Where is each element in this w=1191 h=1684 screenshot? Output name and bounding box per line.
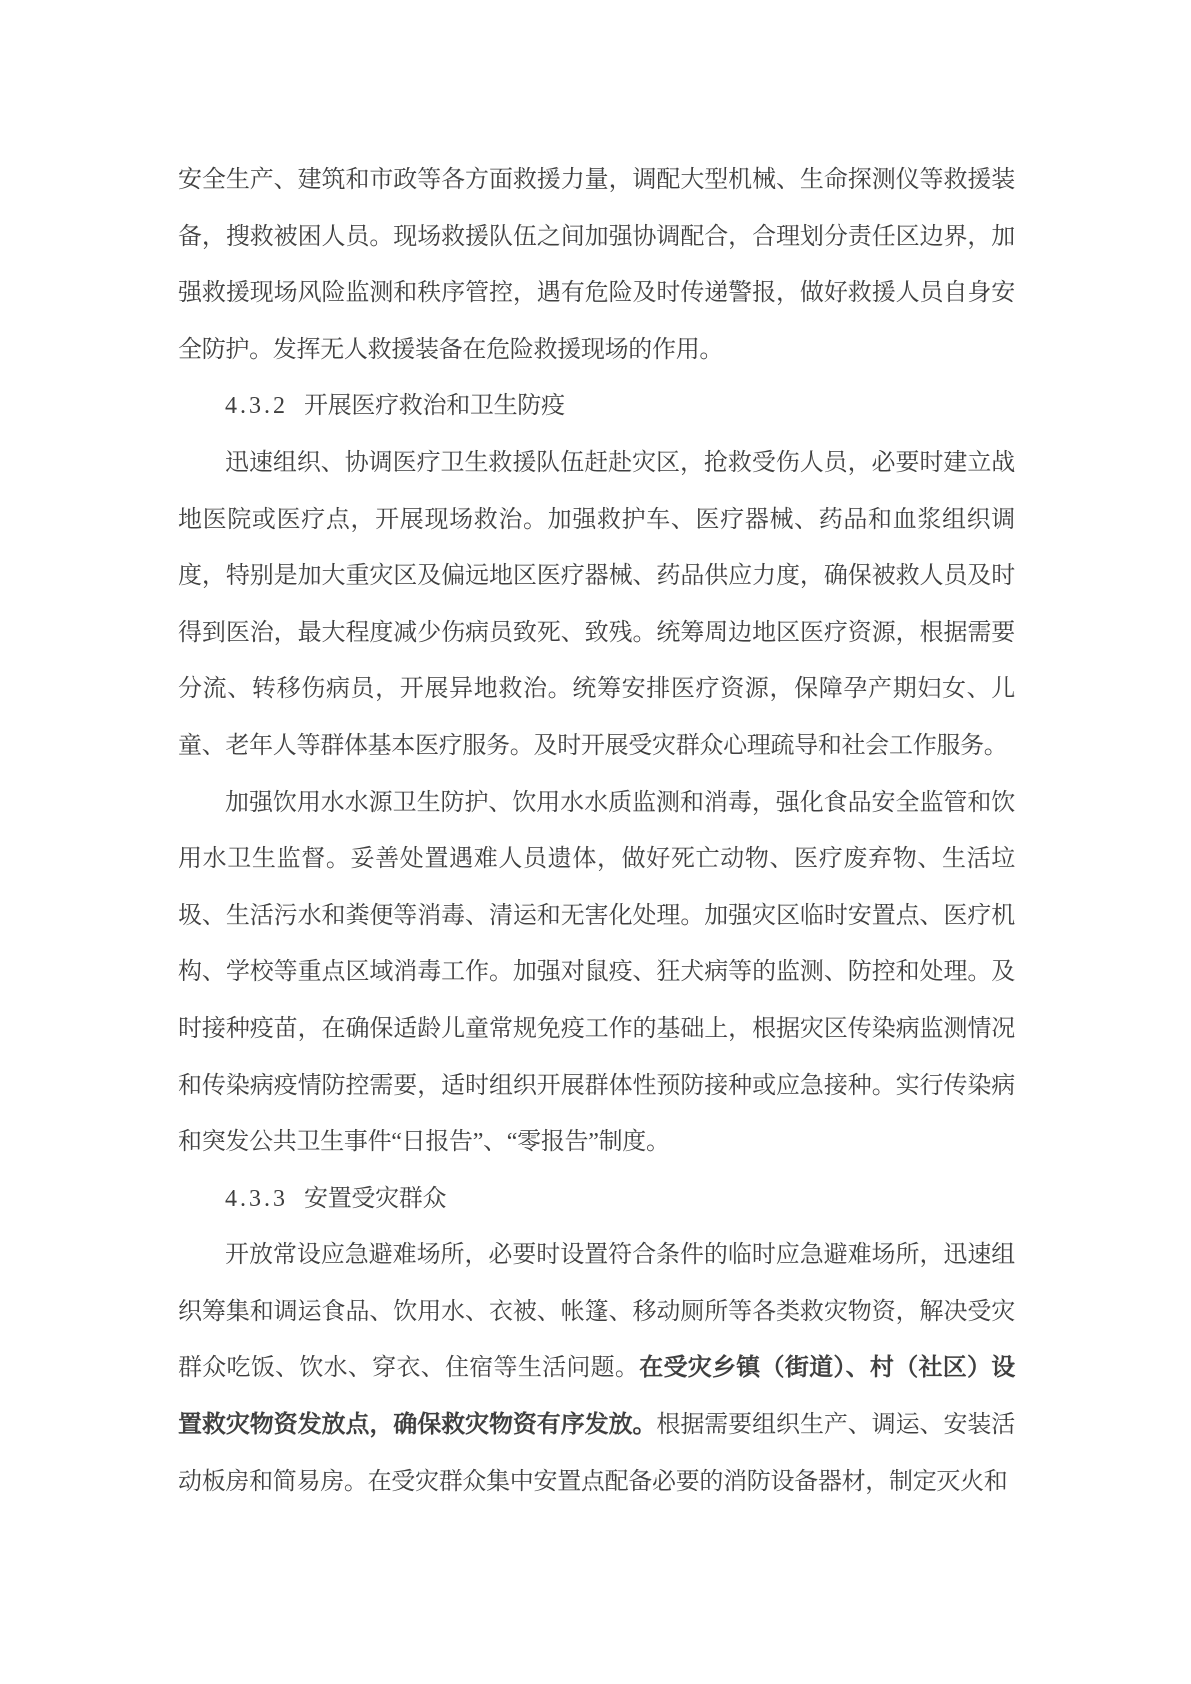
section-title-4-3-3: 安置受灾群众 — [304, 1186, 446, 1212]
section-title-4-3-2: 开展医疗救治和卫生防疫 — [304, 393, 565, 419]
continuation-paragraph: 安全生产、建筑和市政等各方面救援力量，调配大型机械、生命探测仪等救援装备，搜救被… — [178, 152, 1015, 378]
paragraph-medical-rescue: 迅速组织、协调医疗卫生救援队伍赶赴灾区，抢救受伤人员，必要时建立战地医院或医疗点… — [178, 435, 1015, 775]
paragraph-sanitation-epidemic: 加强饮用水水源卫生防护、饮用水水质监测和消毒，强化食品安全监管和饮用水卫生监督。… — [178, 775, 1015, 1171]
section-number-4-3-3: 4.3.3 — [225, 1186, 288, 1212]
section-heading-4-3-2: 4.3.2开展医疗救治和卫生防疫 — [178, 378, 1015, 435]
document-page: 安全生产、建筑和市政等各方面救援力量，调配大型机械、生命探测仪等救援装备，搜救被… — [0, 0, 1191, 1684]
section-number-4-3-2: 4.3.2 — [225, 393, 288, 419]
paragraph-resettlement: 开放常设应急避难场所，必要时设置符合条件的临时应急避难场所，迅速组织筹集和调运食… — [178, 1227, 1015, 1510]
section-heading-4-3-3: 4.3.3安置受灾群众 — [178, 1171, 1015, 1228]
